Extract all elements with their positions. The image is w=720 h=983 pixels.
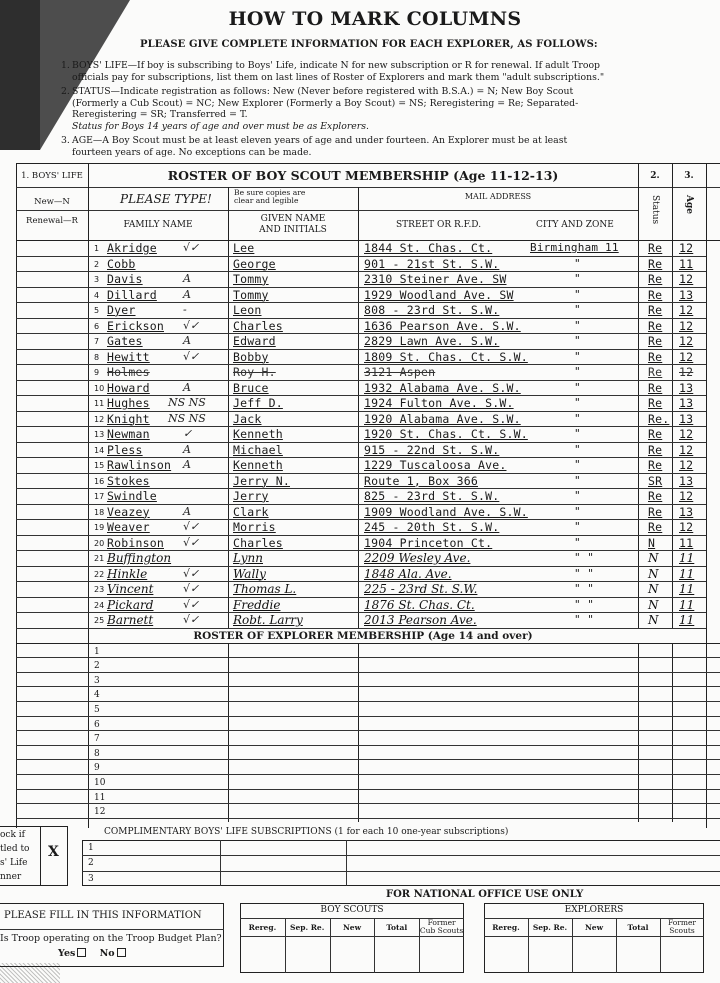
row-number: 12 <box>94 415 104 424</box>
city-zone-cell: " <box>574 505 581 518</box>
family-name-cell: Veazey <box>107 505 150 519</box>
given-name-cell: Jerry N. <box>233 474 290 488</box>
rule-line <box>16 730 720 731</box>
given-name-cell: Wally <box>233 567 266 581</box>
family-name-cell: Howard <box>107 381 150 395</box>
rule-line <box>16 716 720 717</box>
status-cell: Re <box>648 257 662 271</box>
street-address-cell: 3121 Aspen <box>364 365 435 379</box>
age-cell: 11 <box>679 567 694 581</box>
rule-line <box>638 643 639 823</box>
row-number: 3 <box>94 275 99 284</box>
given-name-cell: Jerry <box>233 489 269 503</box>
city-zone-cell: " <box>574 365 581 378</box>
rule-line <box>16 672 720 673</box>
check-mark-icon: - <box>183 303 187 316</box>
city-zone-cell: " <box>574 257 581 270</box>
city-zone-cell: " " <box>574 582 594 595</box>
rule-line <box>228 187 229 628</box>
age-col-number: 3. <box>672 171 706 181</box>
age-cell: 13 <box>679 505 693 519</box>
instruction-boys-life: 1. BOYS' LIFE—If boy is subscribing to B… <box>72 60 612 83</box>
row-number: 21 <box>94 554 104 563</box>
street-address-cell: 808 - 23rd St. S.W. <box>364 303 499 317</box>
rule-line <box>16 803 720 804</box>
given-name-cell: Morris <box>233 520 276 534</box>
roster-form-page: HOW TO MARK COLUMNS PLEASE GIVE COMPLETE… <box>0 0 720 983</box>
rule-line <box>88 187 720 188</box>
explorer-row-number: 9 <box>94 763 100 773</box>
street-address-cell: 1636 Pearson Ave. S.W. <box>364 319 521 333</box>
status-col-label: Status <box>650 195 660 224</box>
city-zone-cell: " <box>574 443 581 456</box>
check-mark-icon: A <box>183 381 191 394</box>
status-cell: Re <box>648 350 662 364</box>
fill-in-title: PLEASE FILL IN THIS INFORMATION <box>4 910 202 921</box>
status-cell: Re <box>648 458 662 472</box>
city-zone-cell: Birmingham 11 <box>530 241 619 254</box>
street-address-cell: 1229 Tuscaloosa Ave. <box>364 458 506 472</box>
national-office-title: FOR NATIONAL OFFICE USE ONLY <box>386 889 583 900</box>
rule-line <box>16 643 720 644</box>
no-checkbox[interactable] <box>117 948 126 957</box>
age-cell: 13 <box>679 381 693 395</box>
explorer-row-number: 1 <box>94 647 100 657</box>
row-number: 7 <box>94 337 99 346</box>
row-number: 14 <box>94 446 104 455</box>
rule-line <box>358 210 638 211</box>
row-number: 9 <box>94 368 99 377</box>
family-name-cell: Knight <box>107 412 150 426</box>
city-zone-cell: " <box>574 536 581 549</box>
explorer-row-number: 7 <box>94 734 100 744</box>
family-name-cell: Davis <box>107 272 143 286</box>
age-cell: 12 <box>679 303 693 317</box>
street-address-cell: 1848 Ala. Ave. <box>364 567 452 581</box>
rule-line <box>16 163 17 828</box>
complimentary-row-number: 2 <box>88 858 94 868</box>
age-cell: 13 <box>679 396 693 410</box>
given-name-cell: Bruce <box>233 381 269 395</box>
given-name-cell: Jack <box>233 412 262 426</box>
age-cell: 13 <box>679 412 693 426</box>
age-cell: 13 <box>679 288 693 302</box>
given-name-cell: Edward <box>233 334 276 348</box>
winner-checkbox-x[interactable]: X <box>48 844 59 860</box>
age-cell: 11 <box>679 551 694 565</box>
boys-life-new-label: New—N <box>16 197 88 207</box>
street-address-cell: 2209 Wesley Ave. <box>364 551 470 565</box>
winner-box-label: tled to <box>0 844 29 854</box>
rule-line <box>16 818 720 819</box>
rule-line <box>82 855 720 856</box>
family-name-cell: Newman <box>107 427 150 441</box>
check-mark-icon: √✓ <box>183 350 199 363</box>
row-number: 20 <box>94 539 104 548</box>
age-cell: 12 <box>679 241 693 255</box>
status-cell: Re <box>648 427 662 441</box>
explorers-tally-title: EXPLORERS <box>484 905 704 915</box>
please-type-note: PLEASE TYPE! <box>120 192 212 206</box>
given-name-cell: George <box>233 257 276 271</box>
given-name-cell: Kenneth <box>233 427 283 441</box>
age-cell: 11 <box>679 582 694 596</box>
status-cell: Re <box>648 319 662 333</box>
age-cell: 12 <box>679 319 693 333</box>
family-name-cell: Buffington <box>107 551 171 565</box>
city-zone-cell: " <box>574 288 581 301</box>
given-name-cell: Roy H. <box>233 365 276 379</box>
status-cell: N <box>648 613 659 627</box>
given-name-cell: Leon <box>233 303 262 317</box>
roster-title: ROSTER OF BOY SCOUT MEMBERSHIP (Age 11-1… <box>88 168 638 183</box>
complimentary-table <box>82 840 720 886</box>
row-number: 15 <box>94 461 104 470</box>
street-address-cell: 1844 St. Chas. Ct. <box>364 241 492 255</box>
winner-box-label: nner <box>0 872 21 882</box>
street-address-cell: 915 - 22nd St. S.W. <box>364 443 499 457</box>
check-mark-icon: √✓ <box>183 520 199 533</box>
given-name-cell: Thomas L. <box>233 582 296 596</box>
city-zone-cell: " <box>574 396 581 409</box>
yes-no-options: Yes No <box>58 948 126 959</box>
street-address-cell: 1909 Woodland Ave. S.W. <box>364 505 528 519</box>
given-name-cell: Jeff D. <box>233 396 283 410</box>
rule-line <box>220 840 221 886</box>
city-zone-cell: " " <box>574 613 594 626</box>
row-number: 11 <box>94 399 104 408</box>
street-address-cell: 1809 St. Chas. Ct. S.W. <box>364 350 528 364</box>
city-zone-cell: " <box>574 350 581 363</box>
city-zone-cell: " " <box>574 551 594 564</box>
age-cell: 13 <box>679 474 693 488</box>
national-col-header: Total <box>616 923 660 932</box>
status-cell: Re <box>648 489 662 503</box>
check-mark-icon: NS NS <box>168 396 206 409</box>
family-name-header: FAMILY NAME <box>88 220 228 230</box>
street-header: STREET OR R.F.D. <box>396 220 481 230</box>
family-name-cell: Akridge <box>107 241 157 255</box>
boys-life-renewal-label: Renewal—R <box>16 216 88 226</box>
age-cell: 12 <box>679 520 693 534</box>
status-cell: Re <box>648 241 662 255</box>
check-mark-icon: A <box>183 334 191 347</box>
row-number: 2 <box>94 260 99 269</box>
rule-line <box>228 643 229 823</box>
mail-address-header: MAIL ADDRESS <box>358 192 638 201</box>
city-zone-cell: " <box>574 412 581 425</box>
status-cell: N <box>648 567 659 581</box>
check-mark-icon: NS NS <box>168 412 206 425</box>
check-mark-icon: A <box>183 443 191 456</box>
city-zone-cell: " <box>574 489 581 502</box>
street-address-cell: 1929 Woodland Ave. SW <box>364 288 514 302</box>
family-name-cell: Vincent <box>107 582 153 596</box>
explorer-row-number: 3 <box>94 676 100 686</box>
family-name-cell: Rawlinson <box>107 458 171 472</box>
instruction-status: 2. STATUS—Indicate registration as follo… <box>72 86 612 132</box>
status-cell: Re <box>648 505 662 519</box>
rule-line <box>672 643 673 823</box>
national-col-header: New <box>330 923 375 932</box>
family-name-cell: Erickson <box>107 319 164 333</box>
national-col-header: Sep. Re. <box>285 923 330 932</box>
given-name-cell: Bobby <box>233 350 269 364</box>
given-name-cell: Tommy <box>233 288 269 302</box>
yes-checkbox[interactable] <box>77 948 86 957</box>
explorer-roster-title: ROSTER OF EXPLORER MEMBERSHIP (Age 14 an… <box>88 630 638 642</box>
age-cell: 12 <box>679 350 693 364</box>
instruction-age: 3. AGE—A Boy Scout must be at least elev… <box>72 135 612 158</box>
rule-line <box>88 163 89 828</box>
city-zone-cell: " <box>574 458 581 471</box>
given-name-cell: Robt. Larry <box>233 613 303 627</box>
age-cell: 12 <box>679 365 693 379</box>
check-mark-icon: √✓ <box>183 613 199 626</box>
city-zone-cell: " <box>574 427 581 440</box>
street-address-cell: Route 1, Box 366 <box>364 474 478 488</box>
city-zone-cell: " <box>574 334 581 347</box>
family-name-cell: Swindle <box>107 489 157 503</box>
rule-line <box>16 163 720 164</box>
explorer-row-number: 2 <box>94 661 100 671</box>
legibility-note-2: clear and legible <box>234 197 298 205</box>
given-name-cell: Charles <box>233 536 283 550</box>
explorer-row-number: 6 <box>94 720 100 730</box>
status-col-number: 2. <box>638 171 672 181</box>
status-cell: Re <box>648 381 662 395</box>
explorer-row-number: 11 <box>94 793 105 803</box>
budget-plan-question: Is Troop operating on the Troop Budget P… <box>0 933 222 944</box>
rule-line <box>16 759 720 760</box>
age-cell: 11 <box>679 257 693 271</box>
age-cell: 12 <box>679 489 693 503</box>
rule-line <box>16 657 720 658</box>
rule-line <box>346 840 347 886</box>
status-cell: Re <box>648 396 662 410</box>
family-name-cell: Weaver <box>107 520 150 534</box>
yes-label: Yes <box>58 948 75 959</box>
row-number: 16 <box>94 477 104 486</box>
street-address-cell: 2829 Lawn Ave. S.W. <box>364 334 499 348</box>
national-col-header: FormerCub Scouts <box>419 919 464 935</box>
check-mark-icon: √✓ <box>183 241 199 254</box>
row-number: 23 <box>94 585 104 594</box>
status-cell: N <box>648 551 659 565</box>
city-zone-cell: " <box>574 303 581 316</box>
national-col-header: Rereg. <box>240 923 285 932</box>
check-mark-icon: √✓ <box>183 536 199 549</box>
family-name-cell: Gates <box>107 334 143 348</box>
row-number: 5 <box>94 306 99 315</box>
family-name-cell: Holmes <box>107 365 150 379</box>
family-name-cell: Pickard <box>107 598 153 612</box>
status-cell: Re <box>648 303 662 317</box>
family-name-cell: Pless <box>107 443 143 457</box>
row-number: 25 <box>94 616 104 625</box>
check-mark-icon: √✓ <box>183 598 199 611</box>
street-address-cell: 901 - 21st St. S.W. <box>364 257 499 271</box>
explorer-row-number: 4 <box>94 690 100 700</box>
boys-life-header: 1. BOYS' LIFE <box>16 171 88 181</box>
street-address-cell: 1924 Fulton Ave. S.W. <box>364 396 514 410</box>
national-col-header: Rereg. <box>484 923 528 932</box>
complimentary-row-number: 3 <box>88 874 94 884</box>
row-number: 24 <box>94 601 104 610</box>
age-cell: 11 <box>679 598 694 612</box>
age-cell: 12 <box>679 427 693 441</box>
city-zone-cell: " <box>574 319 581 332</box>
family-name-cell: Robinson <box>107 536 164 550</box>
street-address-cell: 825 - 23rd St. S.W. <box>364 489 499 503</box>
family-name-cell: Dillard <box>107 288 157 302</box>
page-subtitle: PLEASE GIVE COMPLETE INFORMATION FOR EAC… <box>140 39 598 50</box>
rule-line <box>16 686 720 687</box>
age-cell: 12 <box>679 443 693 457</box>
rule-line <box>240 936 464 937</box>
status-cell: N <box>648 536 655 550</box>
explorer-row-number: 10 <box>94 778 105 788</box>
rule-line <box>16 628 706 629</box>
family-name-cell: Cobb <box>107 257 136 271</box>
row-number: 22 <box>94 570 104 579</box>
national-col-header: Sep. Re. <box>528 923 572 932</box>
given-name-header-2: AND INITIALS <box>228 225 358 235</box>
street-address-cell: 245 - 20th St. S.W. <box>364 520 499 534</box>
row-number: 4 <box>94 291 99 300</box>
street-address-cell: 1932 Alabama Ave. S.W. <box>364 381 521 395</box>
city-zone-cell: " " <box>574 598 594 611</box>
winner-box-label: ock if <box>0 830 25 840</box>
status-cell: Re <box>648 288 662 302</box>
city-zone-cell: " <box>574 272 581 285</box>
status-cell: Re <box>648 334 662 348</box>
national-col-header: New <box>572 923 616 932</box>
given-name-cell: Lee <box>233 241 254 255</box>
row-number: 10 <box>94 384 104 393</box>
rule-line <box>16 701 720 702</box>
age-cell: 11 <box>679 536 693 550</box>
family-name-cell: Dyer <box>107 303 136 317</box>
street-address-cell: 1904 Princeton Ct. <box>364 536 492 550</box>
given-name-cell: Lynn <box>233 551 263 565</box>
city-zone-cell: " <box>574 474 581 487</box>
family-name-cell: Hughes <box>107 396 150 410</box>
street-address-cell: 1876 St. Chas. Ct. <box>364 598 475 612</box>
rule-line <box>82 871 720 872</box>
check-mark-icon: A <box>183 288 191 301</box>
city-zone-cell: " " <box>574 567 594 580</box>
status-cell: N <box>648 598 659 612</box>
check-mark-icon: √✓ <box>183 319 199 332</box>
check-mark-icon: √✓ <box>183 567 199 580</box>
family-name-cell: Stokes <box>107 474 150 488</box>
city-zone-cell: " <box>574 520 581 533</box>
status-cell: Re. <box>648 412 669 426</box>
city-zone-cell: " <box>574 381 581 394</box>
street-address-cell: 1920 St. Chas. Ct. S.W. <box>364 427 528 441</box>
explorer-row-number: 12 <box>94 807 105 817</box>
street-address-cell: 2013 Pearson Ave. <box>364 613 477 627</box>
row-number: 6 <box>94 322 99 331</box>
complimentary-row-number: 1 <box>88 843 94 853</box>
row-number: 19 <box>94 523 104 532</box>
row-number: 13 <box>94 430 104 439</box>
rule-line <box>484 936 704 937</box>
rule-line <box>16 745 720 746</box>
given-name-cell: Freddie <box>233 598 280 612</box>
given-name-header-1: GIVEN NAME <box>228 214 358 224</box>
given-name-cell: Tommy <box>233 272 269 286</box>
status-cell: N <box>648 582 659 596</box>
page-title: HOW TO MARK COLUMNS <box>0 8 720 30</box>
status-cell: Re <box>648 443 662 457</box>
status-cell: Re <box>648 272 662 286</box>
rule-line <box>16 789 720 790</box>
complimentary-title: COMPLIMENTARY BOYS' LIFE SUBSCRIPTIONS (… <box>104 827 508 837</box>
winner-box-label: s' Life <box>0 858 27 868</box>
rule-line <box>40 826 41 886</box>
check-mark-icon: ✓ <box>183 427 192 440</box>
row-number: 17 <box>94 492 104 501</box>
national-col-header: Total <box>374 923 419 932</box>
age-cell: 11 <box>679 613 694 627</box>
rule-line <box>0 929 224 930</box>
street-address-cell: 1920 Alabama Ave. S.W. <box>364 412 521 426</box>
explorer-row-number: 8 <box>94 749 100 759</box>
check-mark-icon: √✓ <box>183 582 199 595</box>
row-number: 8 <box>94 353 99 362</box>
rule-line <box>358 187 359 628</box>
given-name-cell: Charles <box>233 319 283 333</box>
given-name-cell: Kenneth <box>233 458 283 472</box>
status-cell: Re <box>648 520 662 534</box>
check-mark-icon: A <box>183 458 191 471</box>
no-label: No <box>100 948 115 959</box>
rule-line <box>16 774 720 775</box>
row-number: 18 <box>94 508 104 517</box>
street-address-cell: 2310 Steiner Ave. SW <box>364 272 506 286</box>
rule-line <box>16 210 358 211</box>
family-name-cell: Hewitt <box>107 350 150 364</box>
given-name-cell: Clark <box>233 505 269 519</box>
street-address-cell: 225 - 23rd St. S.W. <box>364 582 477 596</box>
age-cell: 12 <box>679 334 693 348</box>
check-mark-icon: A <box>183 272 191 285</box>
age-cell: 12 <box>679 458 693 472</box>
given-name-cell: Michael <box>233 443 283 457</box>
row-number: 1 <box>94 244 99 253</box>
rule-line <box>706 163 707 828</box>
status-cell: SR <box>648 474 662 488</box>
age-cell: 12 <box>679 272 693 286</box>
explorer-row-number: 5 <box>94 705 100 715</box>
age-col-label: Age <box>684 195 694 214</box>
family-name-cell: Barnett <box>107 613 153 627</box>
national-col-header: FormerScouts <box>660 919 704 935</box>
boy-scouts-tally-title: BOY SCOUTS <box>240 905 464 915</box>
family-name-cell: Hinkle <box>107 567 147 581</box>
check-mark-icon: A <box>183 505 191 518</box>
rule-line <box>358 643 359 823</box>
city-zone-header: CITY AND ZONE <box>536 220 614 230</box>
status-cell: Re <box>648 365 662 379</box>
rule-line <box>16 187 88 188</box>
